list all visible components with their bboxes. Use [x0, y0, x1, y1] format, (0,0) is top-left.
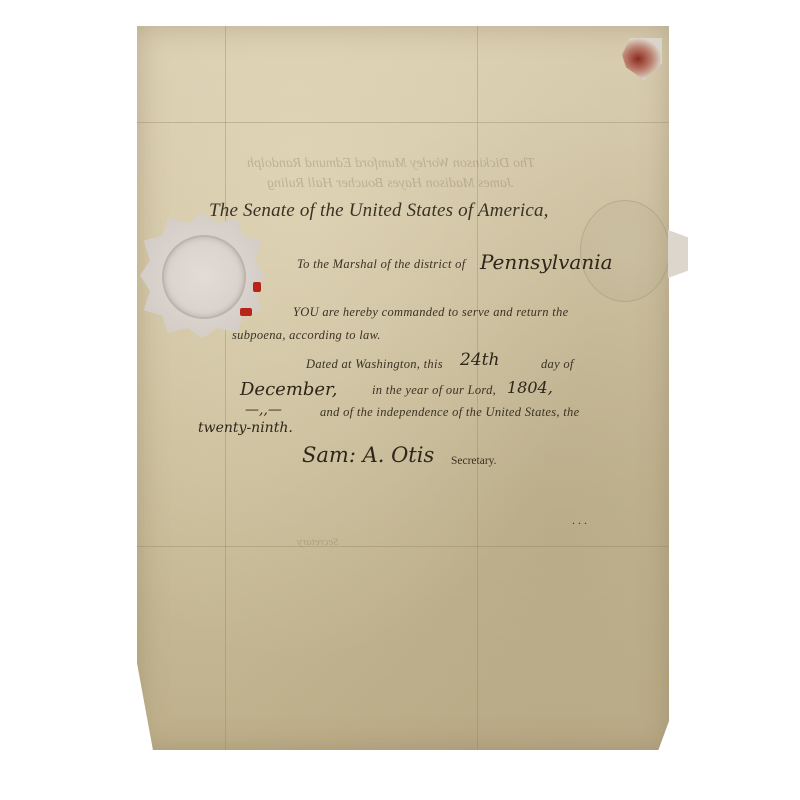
document-title: The Senate of the United States of Ameri… — [209, 200, 549, 222]
address-line: To the Marshal of the district of — [297, 257, 465, 272]
signature-title: Secretary. — [451, 455, 497, 467]
signature: Sam: A. Otis — [302, 443, 434, 467]
seal-emblem — [162, 235, 246, 319]
year-handwritten: 1804, — [507, 378, 553, 397]
day-suffix: day of — [541, 357, 574, 372]
independence-line: and of the independence of the United St… — [320, 405, 579, 420]
dated-prefix: Dated at Washington, this — [306, 357, 443, 372]
bleed-through-text: James Madison Hayes Boucher Hall Ruling — [267, 176, 513, 192]
wax-residue — [240, 308, 252, 316]
month-handwritten: December, — [240, 379, 337, 400]
district-handwritten: Pennsylvania — [480, 250, 613, 274]
fold-line — [137, 122, 669, 123]
command-line-1: YOU are hereby commanded to serve and re… — [293, 305, 568, 320]
command-line-2: subpoena, according to law. — [232, 328, 381, 343]
fold-line — [137, 546, 669, 547]
independence-blank: —,,— — [245, 402, 282, 418]
bleed-through-text: Secretary — [297, 536, 339, 548]
wax-residue — [253, 282, 261, 292]
ink-dots: ... — [572, 513, 590, 528]
year-prefix: in the year of our Lord, — [372, 383, 496, 398]
day-handwritten: 24th — [460, 350, 499, 370]
fold-line — [225, 26, 226, 750]
independence-year-handwritten: twenty-ninth. — [198, 420, 293, 436]
bleed-through-text: Tho Dickinson Worley Mumford Edmund Rand… — [247, 156, 535, 172]
seal-paper-tab — [668, 230, 688, 278]
